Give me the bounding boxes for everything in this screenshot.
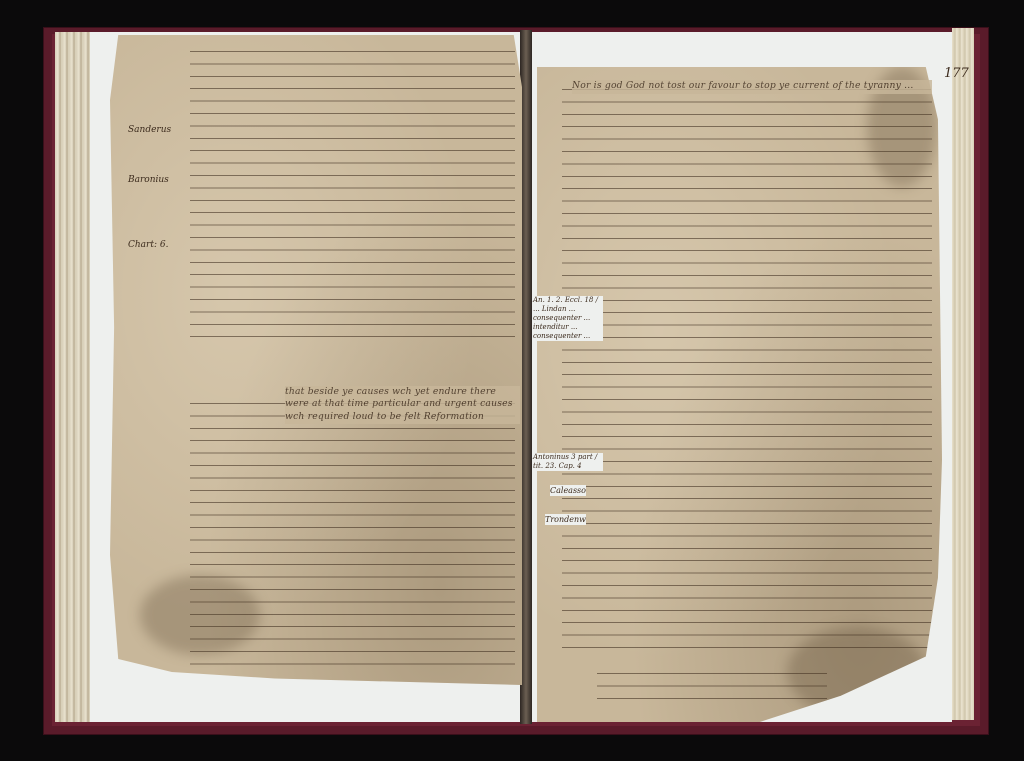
margin-note-chart: Chart: 6. [128,240,168,251]
margin-note-eccl: An. 1. 2. Eccl. 18 / ... Lindan ... cons… [533,296,603,341]
margin-note-caleasso: Caleasso [550,485,586,496]
right-page-legible-passage: Nor is god God not tost our favour to st… [572,80,932,94]
left-page-legible-passage: that beside ye causes wch yet endure the… [285,386,520,424]
left-manuscript-leaf [110,35,522,685]
page-edges-left [55,32,92,722]
folio-number: 177 [944,66,969,81]
margin-note-trondenw: Trondenw [545,514,586,525]
page-edges-right [952,28,974,720]
right-manuscript-leaf [537,67,942,722]
margin-note-sanderus: Sanderus [128,125,171,136]
handwritten-text-block-1 [190,43,515,343]
margin-note-antoninus: Antoninus 3 part / tit. 23. Cap. 4 [533,453,603,471]
margin-note-baronius: Baronius [128,175,169,186]
